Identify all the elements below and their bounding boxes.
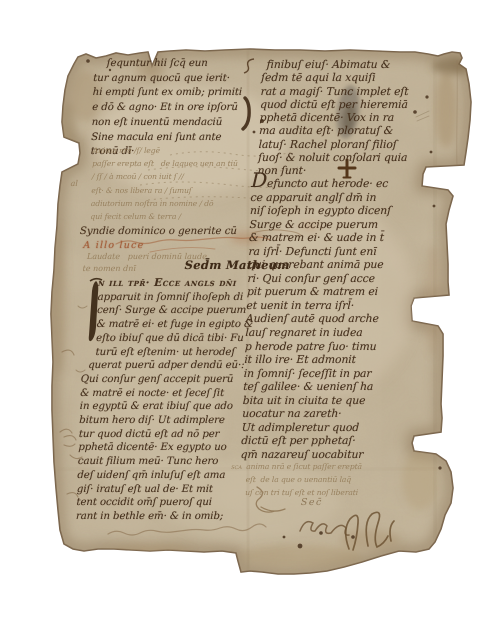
text-line: & matrem ei· & uade in t̄ (249, 231, 390, 245)
rubbed-red-line: A illo luce (83, 240, 144, 251)
text-line: deſ uidenſ qm̄ inluſuſ eſt ama (77, 469, 248, 483)
annotation-line: eſt· & nos libera ra ∕ ſumuſ (91, 184, 237, 197)
text-line: hi empti ſunt ex omib; primiti (92, 86, 242, 101)
text-line: tur agnum quocū que ierit· (93, 72, 243, 87)
text-line: quod dictū eſt per hieremiā (260, 98, 410, 111)
text-line: tur quod dictū eſt ad nō per (79, 428, 250, 442)
annotation-line: paſſer erepta eſt de laqueo uen an tiū (92, 157, 238, 170)
text-line: pit puerum & matrem ei (247, 285, 388, 299)
text-line: teſ galilee· & uenienſ ha (243, 380, 384, 394)
annotation-line: anima nrā e ſicut paſſer ereptā (246, 461, 362, 474)
text-line: lauſ regnaret in iudea (245, 326, 386, 340)
right-upper-text: finibuſ eiuſ· Abimatu &ſedm tē aqui la x… (257, 58, 411, 178)
text-line: Audienſ autē quod arche (246, 312, 387, 326)
text-line: ſequntur hii ſcq̄ eun (93, 57, 243, 72)
margin-note: al (70, 179, 78, 188)
text-line: cauit filium meū· Tunc hero (78, 455, 249, 469)
text-line: turū eſt eſtenim· ut herodeſ (81, 346, 252, 360)
right-gospel-text: Defuncto aut herode· ecce apparuit anglſ… (240, 176, 392, 461)
text-line: n ill tpr̄· Ecce anglſ dn̄i (84, 277, 255, 291)
faded-annotation-block: anima nrā e ſicut paſſer ereptāeſt de la… (245, 461, 362, 500)
neumed-annotation-block: Anima nrā ∕ſ∕ legēpaſſer erepta eſt de l… (90, 144, 238, 223)
text-line: dictū eſt per pphetaſ· (241, 434, 382, 448)
antiphon-line-2: te nomen dnī (82, 264, 136, 273)
text-line: cenſ· Surge & accipe puerum (83, 304, 254, 318)
text-line: giſ· iratuſ eſt ual de· Et mit (77, 483, 248, 497)
text-line: Sine macula eni ſunt ante (91, 131, 241, 146)
text-line: ra iſrl̄· Defuncti ſunt enī (248, 245, 389, 259)
left-gospel-text: n ill tpr̄· Ecce anglſ dn̄iapparuit in ſ… (76, 277, 255, 524)
text-line: ri· Qui conſur genſ acce (247, 272, 388, 286)
text-line: qui querebant animā pue (248, 258, 389, 272)
rubric-line: Syndie dominico o generite cū (80, 226, 237, 237)
text-line: Ut adimpleretur quod (241, 421, 382, 435)
text-line: & matrē ei nocte· et ſeceſ ſit (80, 387, 251, 401)
annotation-line: adiutorium noſtra in nomine ∕ dō (91, 197, 237, 210)
text-line: et uenit in terra iſrl̄· (246, 299, 387, 313)
text-line: & matrē ei· et fuge in egipto & (82, 318, 253, 332)
text-line: Qui conſur genſ accepit puerū (80, 373, 251, 387)
text-line: ce apparuit anglſ dm̄ in (250, 191, 391, 205)
text-line: finibuſ eiuſ· Abimatu & (261, 58, 411, 71)
text-line: in egyptū & erat ibiuſ que ado (79, 400, 250, 414)
text-line: bita uit in ciuita te que (243, 394, 384, 408)
text-line: niſ ioſeph in egypto dicenſ (250, 204, 391, 218)
text-line: ſuoſ· & noluit conſolari quia (258, 151, 408, 164)
text-line: non eſt inuentū mendaciū (91, 116, 241, 131)
text-line: querat puerū adper dendū eū·: (81, 359, 252, 373)
text-line: rant in bethle em̄· & in omib; (76, 510, 247, 524)
margin-note: ſca (231, 462, 242, 471)
annotation-line: eſt de la que o uenantiū laq̄ (245, 474, 361, 487)
text-line: ſedm tē aqui la xquiſi (261, 71, 411, 84)
text-line: eſto ibiuſ que dū dicā tibi· Fu (82, 332, 253, 346)
text-line: it illo ire· Et admonit (244, 353, 385, 367)
text-line: bitum hero diſ· Ut adimplere (79, 414, 250, 428)
text-line: uocatur na zareth· (242, 407, 383, 421)
text-line: in ſomniſ· ſeceſſit in par (244, 367, 385, 381)
text-line: latuſ· Rachel ploranſ filioſ (258, 138, 408, 151)
text-line: p herode patre ſuo· timu (245, 340, 386, 354)
text-line: tent occidit om̄ſ pueroſ qui (76, 496, 247, 510)
manuscript-photo: ſequntur hii ſcq̄ euntur agnum quocū que… (0, 0, 500, 629)
text-line: apparuit in ſomniſ ihoſeph di (83, 291, 254, 305)
annotation-line: qui fecit celum & terra ∕ (90, 210, 236, 223)
text-line: pphetā dicentē· Ex egypto uo (78, 441, 249, 455)
text-line: pphetā dicentē· Vox in ra (259, 111, 409, 124)
annotation-line: Anima nrā ∕ſ∕ legē (92, 144, 238, 157)
annotation-line: ∕ ſſ ∕ à mcoū ∕ con iuit ſ ∕∕ (92, 170, 238, 183)
text-line: ma audita eſt· ploratuſ & (259, 124, 409, 137)
text-line: Defuncto aut herode· ec (251, 176, 393, 191)
text-line: qm̄ nazareuſ uocabitur (240, 448, 381, 462)
colophon-sec: Sec̄ (301, 497, 323, 508)
text-line: e dō & agno· Et in ore ipſorū (92, 101, 242, 116)
text-line: rat a magiſ· Tunc implet eſt (260, 85, 410, 98)
text-line: Surge & accipe puerum (249, 218, 390, 232)
